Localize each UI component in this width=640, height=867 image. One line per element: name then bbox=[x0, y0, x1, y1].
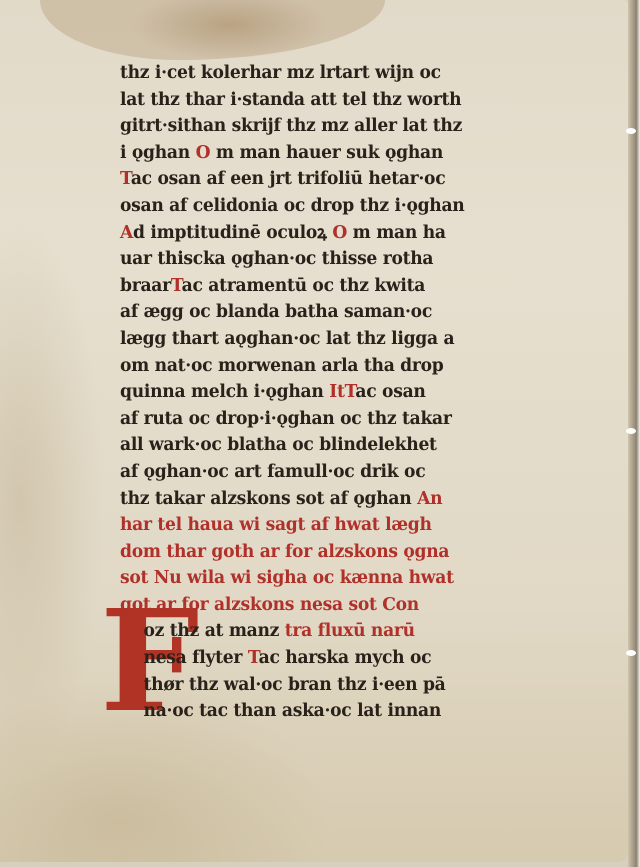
text-line: quinna melch i·ǫghan ItTac osan bbox=[120, 379, 556, 406]
body-text: ac osan bbox=[355, 382, 425, 402]
text-line: Tac osan af een jrt trifoliū hetar·oc bbox=[120, 166, 556, 193]
body-text: quinna melch i·ǫghan bbox=[120, 382, 329, 402]
body-text: na·oc tac than aska·oc lat innan bbox=[144, 701, 442, 721]
text-line: lægg thart aǫghan·oc lat thz ligga a bbox=[120, 326, 556, 353]
body-text: d imptitudinē oculoꝝ bbox=[133, 223, 332, 243]
rubric-text: O bbox=[332, 223, 347, 243]
text-line: braarTac atramentū oc thz kwita bbox=[120, 273, 556, 300]
body-text: m man ha bbox=[347, 223, 446, 243]
rubric-text: tra fluxū narū bbox=[285, 621, 415, 641]
rubric-text: It bbox=[329, 382, 344, 402]
body-text: all wark·oc blatha oc blindelekhet bbox=[120, 435, 437, 455]
body-text: lægg thart aǫghan·oc lat thz ligga a bbox=[120, 329, 454, 349]
manuscript-text: thz i·cet kolerhar mz lrtart wijn oclat … bbox=[120, 60, 565, 725]
body-text: om nat·oc morwenan arla tha drop bbox=[120, 356, 443, 376]
body-text: af ruta oc drop·i·ǫghan oc thz takar bbox=[120, 409, 452, 429]
body-text: af ǫghan·oc art famull·oc drik oc bbox=[120, 462, 425, 482]
text-line: thz i·cet kolerhar mz lrtart wijn oc bbox=[120, 60, 556, 87]
text-line: na·oc tac than aska·oc lat innan bbox=[120, 698, 556, 725]
text-line: uar thiscka ǫghan·oc thisse rotha bbox=[120, 246, 556, 273]
body-text: lat thz thar i·standa att tel thz worth bbox=[120, 90, 461, 110]
text-line: thør thz wal·oc bran thz i·een pā bbox=[120, 672, 556, 699]
text-line: sot Nu wila wi sigha oc kænna hwat bbox=[120, 565, 556, 592]
body-text: nesa flyter bbox=[144, 648, 248, 668]
body-text: ac harska mych oc bbox=[259, 648, 432, 668]
text-line: af ægg oc blanda batha saman·oc bbox=[120, 299, 556, 326]
page-tear bbox=[626, 650, 636, 656]
rubric-text: O bbox=[196, 143, 211, 163]
text-line: gitrt·sithan skrijf thz mz aller lat thz bbox=[120, 113, 556, 140]
text-line: dom thar goth ar for alzskons ǫgna bbox=[120, 539, 556, 566]
body-text: uar thiscka ǫghan·oc thisse rotha bbox=[120, 249, 433, 269]
body-text: osan af celidonia oc drop thz i·ǫghan bbox=[120, 196, 464, 216]
text-line: osan af celidonia oc drop thz i·ǫghan bbox=[120, 193, 556, 220]
text-line: Ad imptitudinē oculoꝝ O m man ha bbox=[120, 220, 556, 247]
page-tear bbox=[626, 128, 636, 134]
text-line: oz thz at manz tra fluxū narū bbox=[120, 618, 556, 645]
rubric-text: A bbox=[120, 223, 133, 243]
text-line: af ǫghan·oc art famull·oc drik oc bbox=[120, 459, 556, 486]
text-line: all wark·oc blatha oc blindelekhet bbox=[120, 432, 556, 459]
rubric-text: T bbox=[120, 169, 131, 189]
text-line: af ruta oc drop·i·ǫghan oc thz takar bbox=[120, 406, 556, 433]
body-text: i ǫghan bbox=[120, 143, 196, 163]
rubric-text: got ar for alzskons nesa sot Con bbox=[120, 595, 419, 615]
text-line: thz takar alzskons sot af ǫghan An bbox=[120, 486, 556, 513]
body-text: braar bbox=[120, 276, 171, 296]
text-line: i ǫghan O m man hauer suk ǫghan bbox=[120, 140, 556, 167]
rubric-text: T bbox=[248, 648, 259, 668]
rubric-text: T bbox=[171, 276, 182, 296]
rubric-text: har tel haua wi sagt af hwat lægh bbox=[120, 515, 432, 535]
page-tear bbox=[626, 428, 636, 434]
body-text: oz thz at manz bbox=[144, 621, 285, 641]
body-text: thz i·cet kolerhar mz lrtart wijn oc bbox=[120, 63, 441, 83]
body-text: thør thz wal·oc bran thz i·een pā bbox=[144, 675, 446, 695]
rubric-text: An bbox=[417, 489, 442, 509]
body-text: gitrt·sithan skrijf thz mz aller lat thz bbox=[120, 116, 462, 136]
body-text: ac osan af een jrt trifoliū hetar·oc bbox=[131, 169, 446, 189]
text-line: om nat·oc morwenan arla tha drop bbox=[120, 353, 556, 380]
text-line: lat thz thar i·standa att tel thz worth bbox=[120, 87, 556, 114]
rubric-text: T bbox=[345, 382, 356, 402]
body-text: thz takar alzskons sot af ǫghan bbox=[120, 489, 417, 509]
body-text: m man hauer suk ǫghan bbox=[210, 143, 443, 163]
text-line: har tel haua wi sagt af hwat lægh bbox=[120, 512, 556, 539]
rubric-text: dom thar goth ar for alzskons ǫgna bbox=[120, 542, 449, 562]
text-line: got ar for alzskons nesa sot Con bbox=[120, 592, 556, 619]
body-text: af ægg oc blanda batha saman·oc bbox=[120, 302, 432, 322]
text-line: nesa flyter Tac harska mych oc bbox=[120, 645, 556, 672]
body-text: ac atramentū oc thz kwita bbox=[182, 276, 425, 296]
rubric-text: sot Nu wila wi sigha oc kænna hwat bbox=[120, 568, 454, 588]
